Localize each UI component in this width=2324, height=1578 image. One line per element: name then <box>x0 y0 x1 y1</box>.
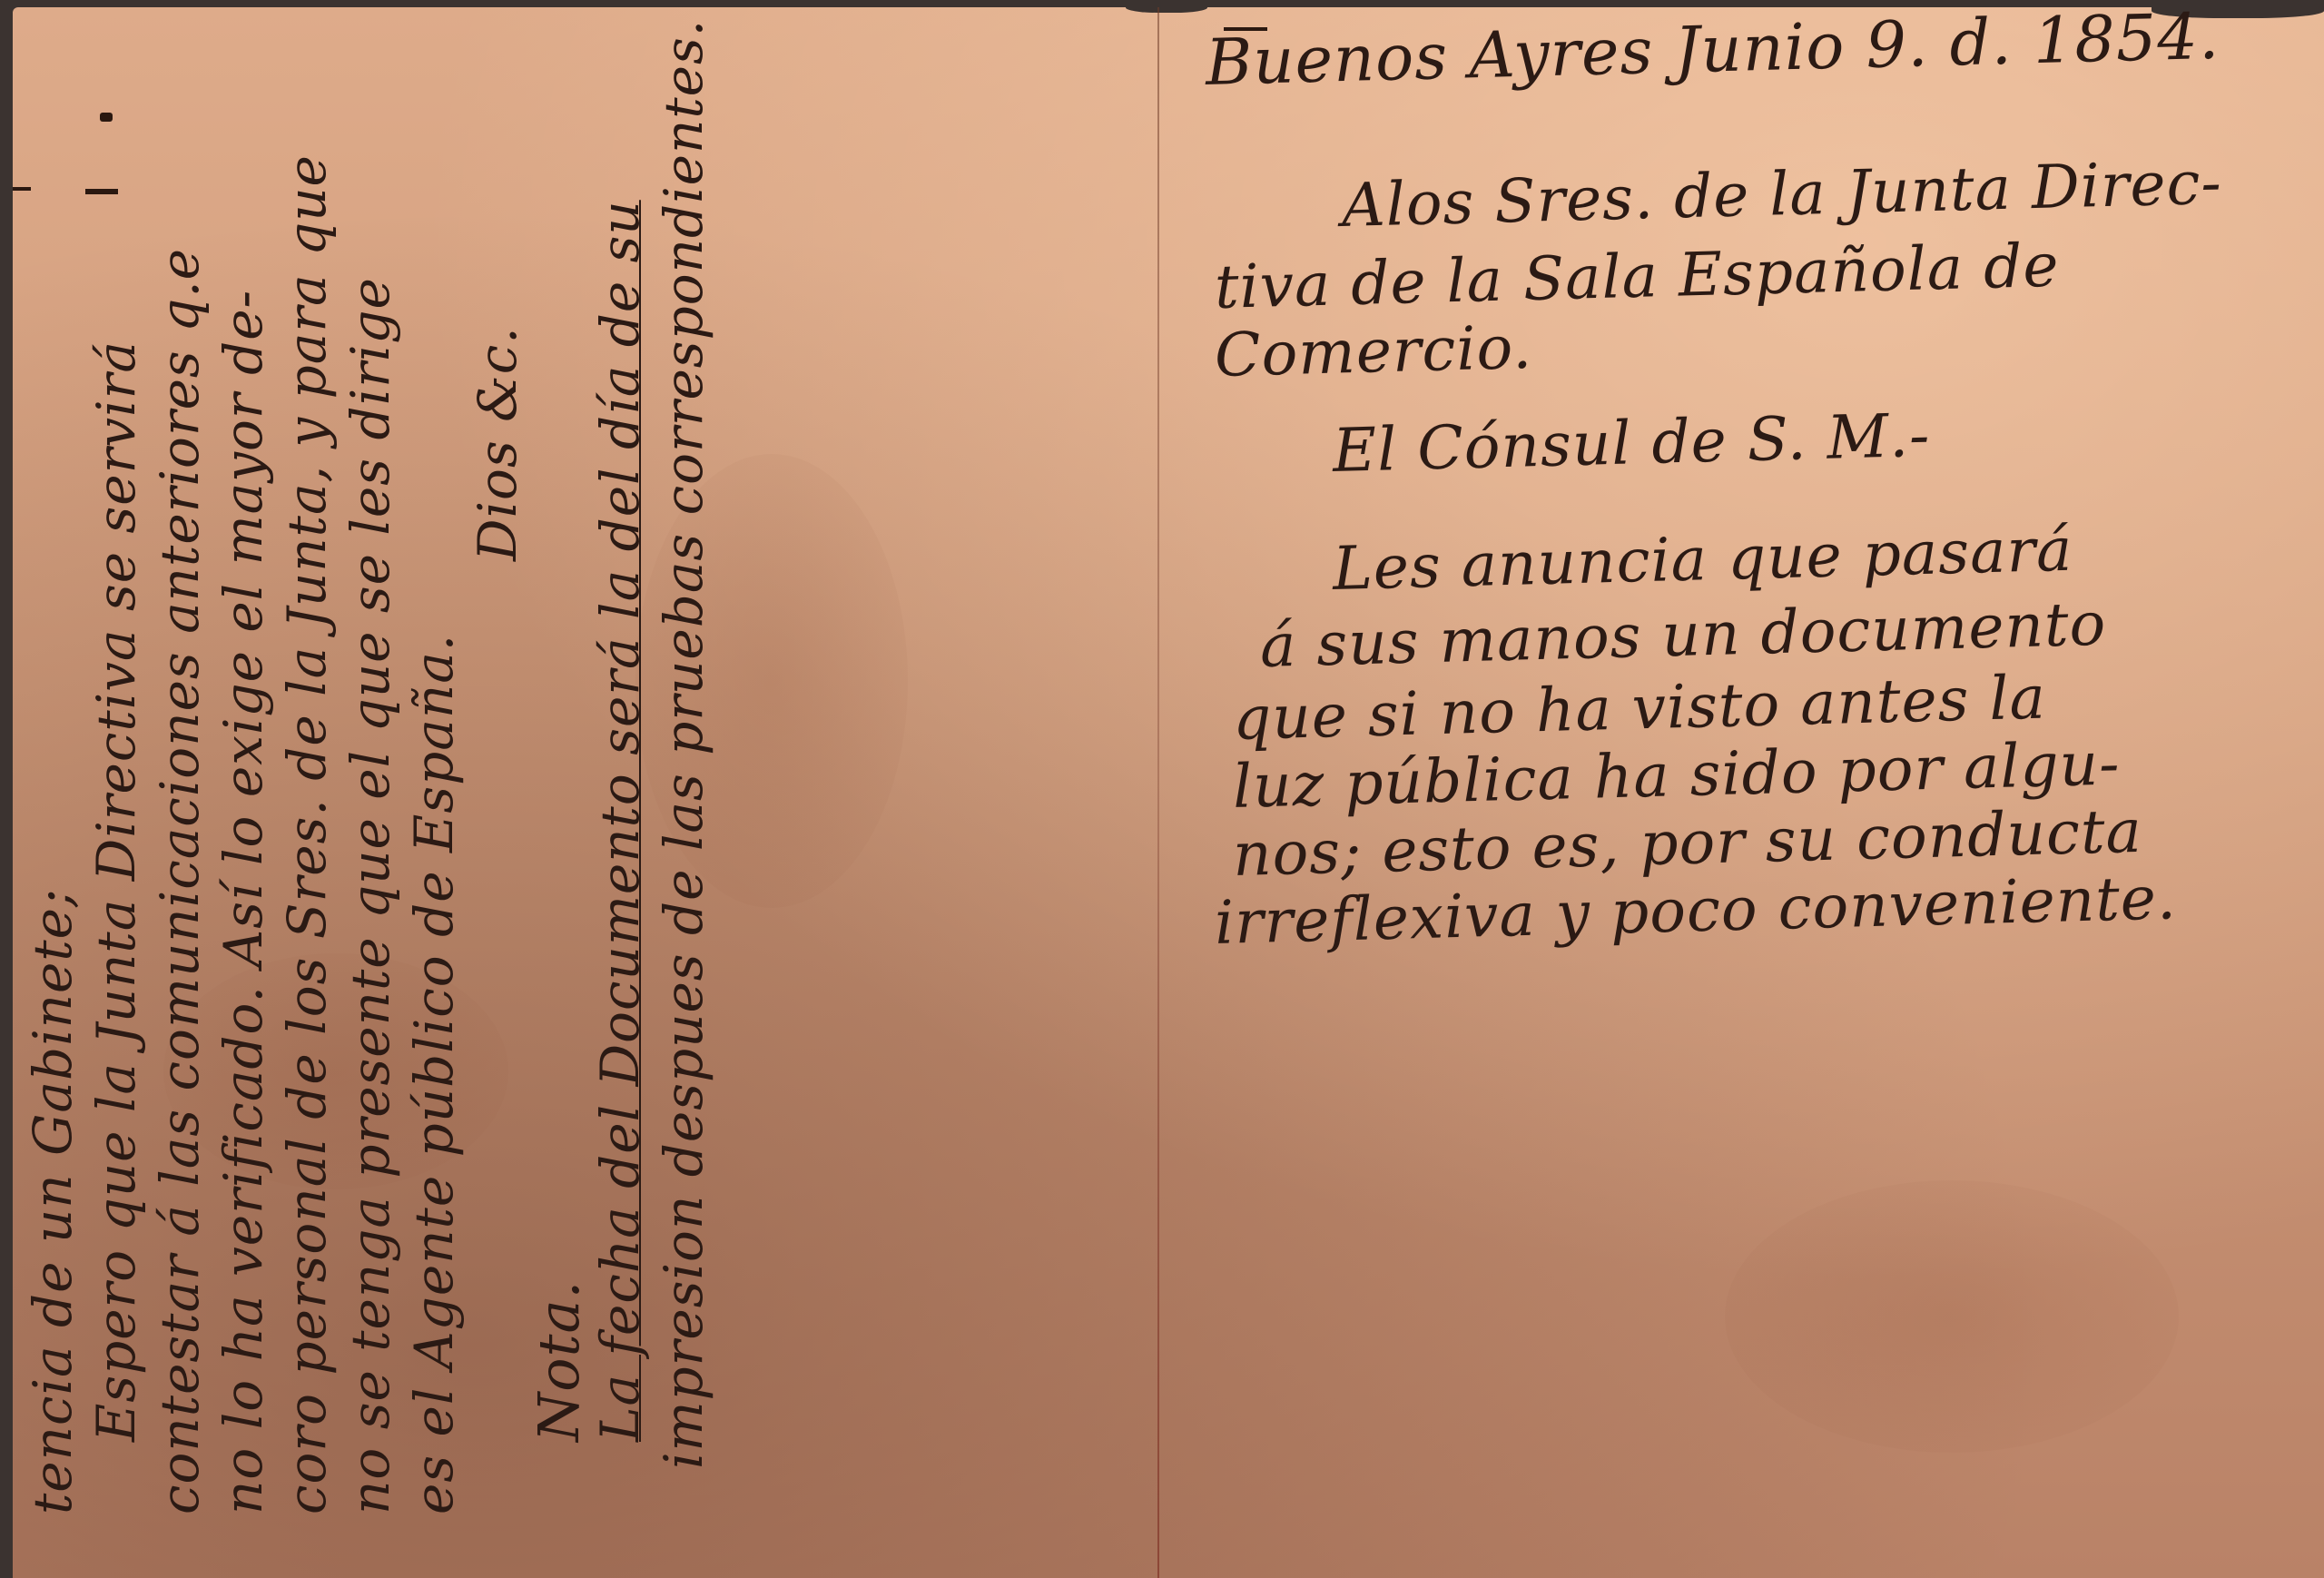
letter-line: es el Agente público de España. <box>403 634 465 1514</box>
letter-line: no lo ha verificado. Así lo exige el may… <box>212 290 274 1514</box>
note-line: La fecha del Documento será la del día d… <box>589 200 651 1442</box>
note-line: impresion despues de las pruebas corresp… <box>653 19 714 1469</box>
right-page: Buenos Ayres Junio 9. d. 1854. Alos Sres… <box>1160 7 2324 1578</box>
letter-line: contestar á las comunicaciones anteriore… <box>149 248 211 1514</box>
closing-line: Dios &c. <box>467 326 528 561</box>
addressee-line: tiva de la Sala Española de <box>1214 231 2060 322</box>
letter-line: no se tenga presente que el que se les d… <box>340 277 401 1514</box>
sender-line: El Cónsul de S. M.- <box>1332 400 1931 486</box>
letter-line: coro personal de los Sres. de la Junta, … <box>276 154 338 1514</box>
page-fold <box>1157 7 1159 1578</box>
note-label: Nota. <box>526 1280 592 1442</box>
letter-line: tencia de un Gabinete; <box>22 888 84 1514</box>
addressee-line: Alos Sres. de la Junta Direc- <box>1341 148 2223 241</box>
addressee-line: Comercio. <box>1214 312 1533 390</box>
left-page: tencia de un Gabinete; Espero que la Jun… <box>13 7 1157 1578</box>
rotated-text-block: tencia de un Gabinete; Espero que la Jun… <box>13 25 757 1551</box>
date-line: Buenos Ayres Junio 9. d. 1854. <box>1205 0 2221 100</box>
letter-line: Espero que la Junta Directiva se servirá <box>85 340 147 1442</box>
body-line: Les anuncia que pasará <box>1332 515 2073 604</box>
